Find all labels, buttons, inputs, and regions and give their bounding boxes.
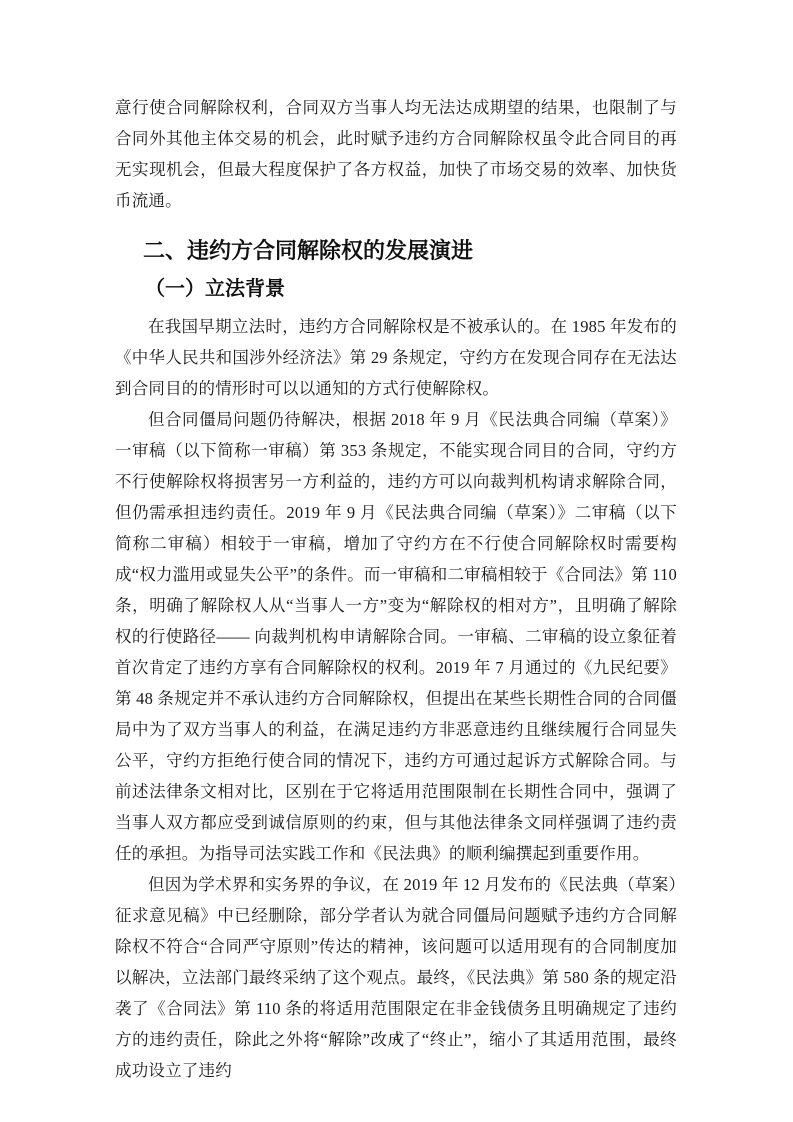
paragraph: 但因为学术界和实务界的争议，在 2019 年 12 月发布的《民法典（草案）征求… [115,869,677,1086]
section-heading: 二、违约方合同解除权的发展演进 [115,236,677,266]
document-body: 意行使合同解除权利，合同双方当事人均无法达成期望的结果，也限制了与合同外其他主体… [115,92,677,1086]
page-number: 4 [0,1031,793,1046]
paragraph: 但合同僵局问题仍待解决，根据 2018 年 9 月《民法典合同编（草案）》一审稿… [115,404,677,869]
document-page: 意行使合同解除权利，合同双方当事人均无法达成期望的结果，也限制了与合同外其他主体… [0,0,793,1122]
paragraph: 在我国早期立法时，违约方合同解除权是不被承认的。在 1985 年发布的《中华人民… [115,311,677,404]
continuation-paragraph: 意行使合同解除权利，合同双方当事人均无法达成期望的结果，也限制了与合同外其他主体… [115,92,677,216]
subsection-heading: （一）立法背景 [115,274,677,304]
